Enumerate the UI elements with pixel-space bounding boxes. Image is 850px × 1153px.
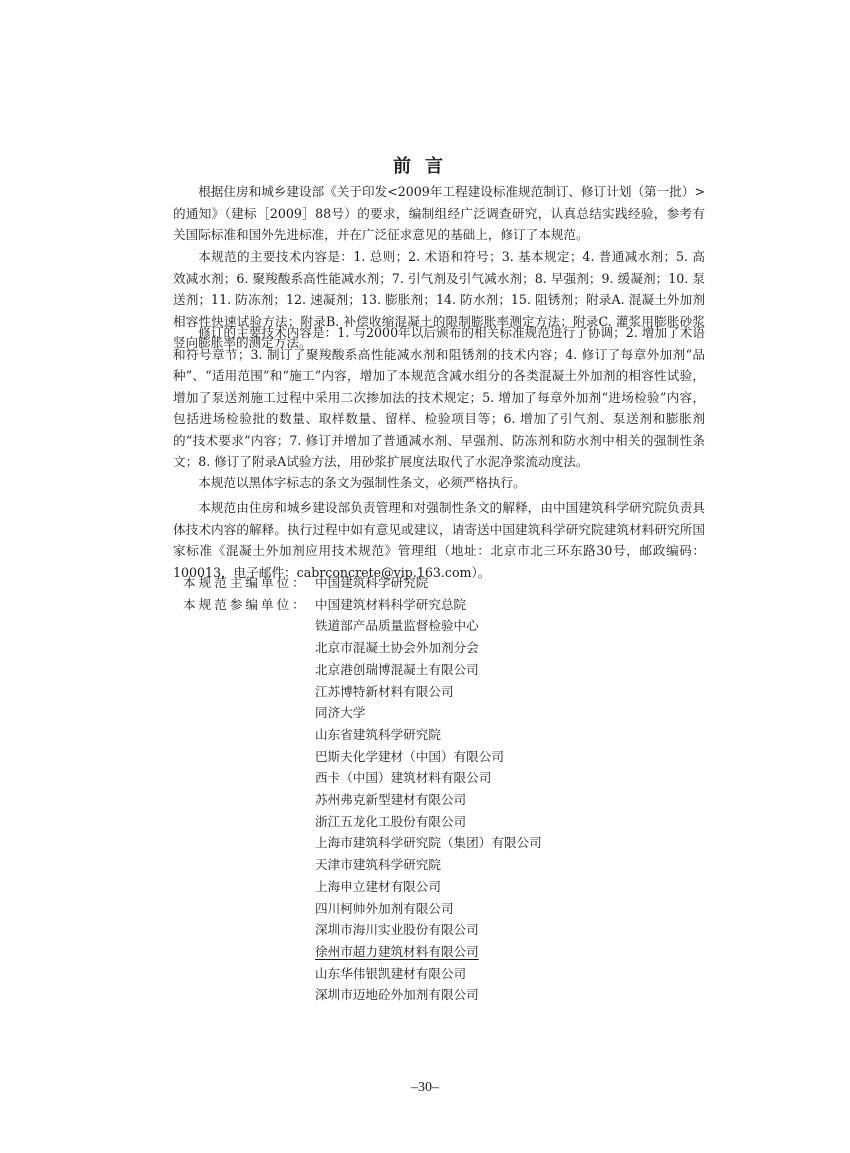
participating-unit: 山东省建筑科学研究院 <box>315 724 683 746</box>
paragraph-management: 本规范由住房和城乡建设部负责管理和对强制性条文的解释，由中国建筑科学研究院负责具… <box>173 497 705 583</box>
participating-unit: 苏州弗克新型建材有限公司 <box>315 789 683 811</box>
participating-units-label: 本规范参编单位： <box>183 594 315 1006</box>
participating-unit: 北京港创瑞博混凝土有限公司 <box>315 659 683 681</box>
document-page: 前言 根据住房和城乡建设部《关于印发<2009年工程建设标准规范制订、修订计划（… <box>0 0 850 1153</box>
participating-unit: 天津市建筑科学研究院 <box>315 854 683 876</box>
paragraph-basis: 根据住房和城乡建设部《关于印发<2009年工程建设标准规范制订、修订计划（第一批… <box>173 181 705 246</box>
paragraph-text: 修订的主要技术内容是：1. 与2000年以后颁布的相关标准规范进行了协调；2. … <box>173 322 705 473</box>
page-number: –30– <box>0 1080 850 1096</box>
paragraph-text: 本规范以黑体字标志的条文为强制性条文，必须严格执行。 <box>173 472 705 494</box>
participating-unit: 上海申立建材有限公司 <box>315 876 683 898</box>
participating-unit: 中国建筑材料科学研究总院 <box>315 594 683 616</box>
participating-units-row: 本规范参编单位： 中国建筑材料科学研究总院 铁道部产品质量监督检验中心 北京市混… <box>183 594 683 1006</box>
chief-unit-label: 本规范主编单位： <box>183 572 315 594</box>
chief-unit-row: 本规范主编单位： 中国建筑科学研究院 <box>183 572 683 594</box>
paragraph-text: 本规范由住房和城乡建设部负责管理和对强制性条文的解释，由中国建筑科学研究院负责具… <box>173 497 705 583</box>
participating-unit: 山东华伟银凯建材有限公司 <box>315 963 683 985</box>
participating-unit: 四川柯帅外加剂有限公司 <box>315 898 683 920</box>
paragraph-mandatory-clauses: 本规范以黑体字标志的条文为强制性条文，必须严格执行。 <box>173 472 705 494</box>
participating-unit: 浙江五龙化工股份有限公司 <box>315 811 683 833</box>
editing-units: 本规范主编单位： 中国建筑科学研究院 本规范参编单位： 中国建筑材料科学研究总院… <box>183 572 683 1006</box>
participating-unit: 北京市混凝土协会外加剂分会 <box>315 637 683 659</box>
participating-unit: 同济大学 <box>315 702 683 724</box>
participating-units-list: 中国建筑材料科学研究总院 铁道部产品质量监督检验中心 北京市混凝土协会外加剂分会… <box>315 594 683 1006</box>
chief-unit: 中国建筑科学研究院 <box>315 572 683 594</box>
participating-unit: 上海市建筑科学研究院（集团）有限公司 <box>315 832 683 854</box>
paragraph-text: 根据住房和城乡建设部《关于印发<2009年工程建设标准规范制订、修订计划（第一批… <box>173 181 705 246</box>
participating-unit: 深圳市迈地砼外加剂有限公司 <box>315 984 683 1006</box>
paragraph-revision-contents: 修订的主要技术内容是：1. 与2000年以后颁布的相关标准规范进行了协调；2. … <box>173 322 705 473</box>
participating-unit: 巴斯夫化学建材（中国）有限公司 <box>315 746 683 768</box>
page-title: 前言 <box>0 152 850 178</box>
participating-unit: 铁道部产品质量监督检验中心 <box>315 615 683 637</box>
participating-unit: 江苏博特新材料有限公司 <box>315 681 683 703</box>
participating-unit: 深圳市海川实业股份有限公司 <box>315 919 683 941</box>
participating-unit-underlined: 徐州市超力建筑材料有限公司 <box>315 941 683 963</box>
participating-unit: 西卡（中国）建筑材料有限公司 <box>315 767 683 789</box>
